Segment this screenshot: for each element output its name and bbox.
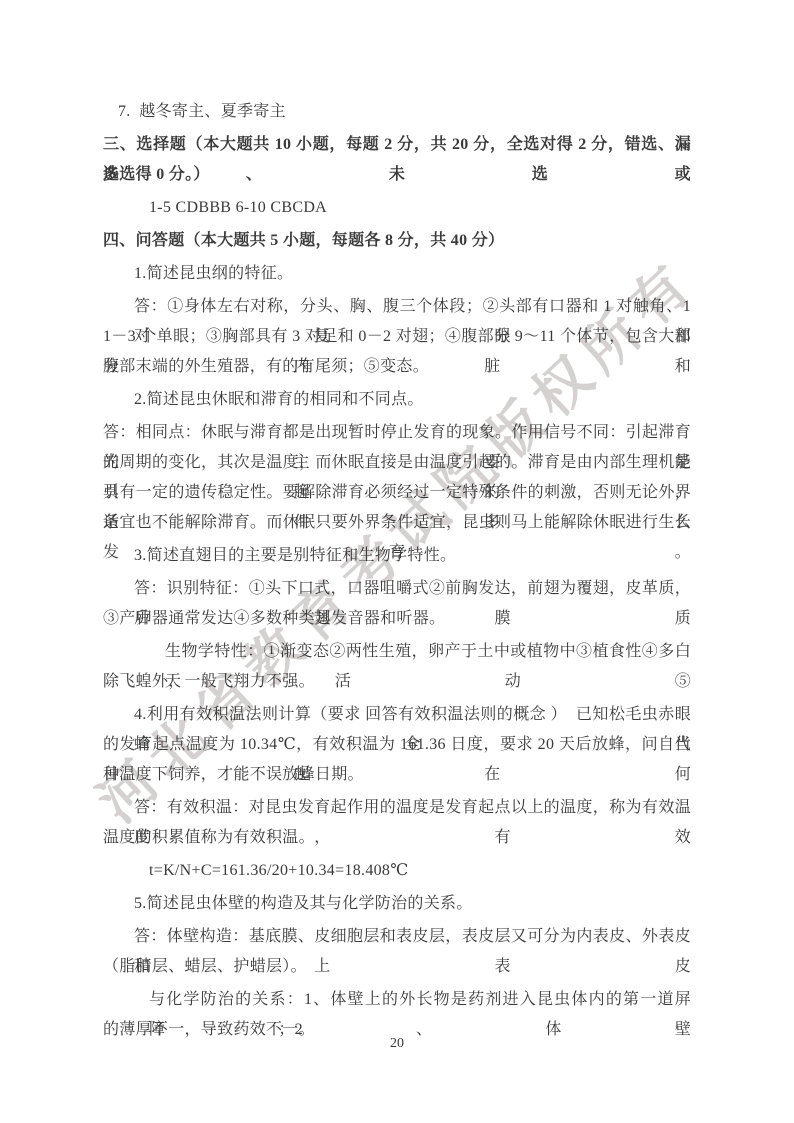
text-line: 7. 越冬寄主、夏季寄主 <box>103 97 691 127</box>
text-line: 2.简述昆虫休眠和滞育的相同和不同点。 <box>103 385 691 415</box>
text-line: 具有一定的遗传稳定性。要解除滞育必须经过一定特殊条件的刺激，否则无论外界条件多么 <box>103 478 691 508</box>
text-line: 的发育起点温度为 10.34℃，有效积温为 161.36 日度，要求 20 天后… <box>103 730 691 760</box>
paragraph: 答：相同点：休眠与滞育都是出现暂时停止发育的现象。作用信号不同：引起滞育的主要是… <box>103 418 691 538</box>
paragraph: 2.简述昆虫休眠和滞育的相同和不同点。 <box>103 385 691 415</box>
paragraph: 4.利用有效积温法则计算（要求 回答有效积温法则的概念 ） 已知松毛虫赤眼蜂全代… <box>103 700 691 790</box>
document-page: 河北省教育考试院版权所有 7. 越冬寄主、夏季寄主三、选择题（本大题共 10 小… <box>0 0 794 1123</box>
text-line: 与化学防治的关系：1、体壁上的外长物是药剂进入昆虫体内的第一道屏障；2、体壁 <box>103 985 691 1015</box>
text-line: 4.利用有效积温法则计算（要求 回答有效积温法则的概念 ） 已知松毛虫赤眼蜂全代 <box>103 700 691 730</box>
text-line: t=K/N+C=161.36/20+10.34=18.408℃ <box>103 856 691 886</box>
paragraph: 生物学特性：①渐变态②两性生殖，卵产于土中或植物中③植食性④多白天活动⑤除飞蝗外… <box>103 637 691 697</box>
text-line: 光周期的变化，其次是温度，而休眠直接是由温度引起的。滞育是由内部生理机能引起的， <box>103 448 691 478</box>
text-line: 适宜也不能解除滞育。而休眠只要外界条件适宜，昆虫则马上能解除休眠进行生长发育。 <box>103 508 691 538</box>
text-line: 1.简述昆虫纲的特征。 <box>103 259 691 289</box>
paragraph: 5.简述昆虫体壁的构造及其与化学防治的关系。 <box>103 889 691 919</box>
paragraph: 答：有效积温：对昆虫发育起作用的温度是发育起点以上的温度，称为有效温度，有效温度… <box>103 793 691 853</box>
text-line: 1－3 个单眼；③胸部具有 3 对足和 0－2 对翅；④腹部分 9～11 个体节… <box>103 322 691 352</box>
paragraph: 1-5 CDBBB 6-10 CBCDA <box>103 193 691 223</box>
text-line: 答：①身体左右对称，分头、胸、腹三个体段；②头部有口器和 1 对触角、1 对复眼… <box>103 292 691 322</box>
text-line: 答：有效积温：对昆虫发育起作用的温度是发育起点以上的温度，称为有效温度，有效 <box>103 793 691 823</box>
text-line: 生物学特性：①渐变态②两性生殖，卵产于土中或植物中③植食性④多白天活动⑤ <box>103 637 691 667</box>
paragraph: 答：体壁构造：基底膜、皮细胞层和表皮层，表皮层又可分为内表皮、外表皮和上表皮（脂… <box>103 922 691 982</box>
paragraph: 7. 越冬寄主、夏季寄主 <box>103 97 691 127</box>
text-line: 1-5 CDBBB 6-10 CBCDA <box>103 193 691 223</box>
text-line: 答：体壁构造：基底膜、皮细胞层和表皮层，表皮层又可分为内表皮、外表皮和上表皮 <box>103 922 691 952</box>
text-line: 答：相同点：休眠与滞育都是出现暂时停止发育的现象。作用信号不同：引起滞育的主要是 <box>103 418 691 448</box>
page-number: 20 <box>0 1036 794 1052</box>
paragraph: 1.简述昆虫纲的特征。 <box>103 259 691 289</box>
text-line: 三、选择题（本大题共 10 小题，每题 2 分，共 20 分，全选对得 2 分，… <box>103 130 691 160</box>
text-line: 四、问答题（本大题共 5 小题，每题各 8 分，共 40 分） <box>103 226 691 256</box>
text-line: 答：识别特征：①头下口式，口器咀嚼式②前胸发达，前翅为覆翅，皮革质，后翅膜质 <box>103 574 691 604</box>
paragraph: 三、选择题（本大题共 10 小题，每题 2 分，共 20 分，全选对得 2 分，… <box>103 130 691 190</box>
paragraph: 四、问答题（本大题共 5 小题，每题各 8 分，共 40 分） <box>103 226 691 256</box>
text-line: 5.简述昆虫体壁的构造及其与化学防治的关系。 <box>103 889 691 919</box>
document-body: 7. 越冬寄主、夏季寄主三、选择题（本大题共 10 小题，每题 2 分，共 20… <box>103 97 691 1045</box>
paragraph: 答：识别特征：①头下口式，口器咀嚼式②前胸发达，前翅为覆翅，皮革质，后翅膜质③产… <box>103 574 691 634</box>
paragraph: t=K/N+C=161.36/20+10.34=18.408℃ <box>103 856 691 886</box>
paragraph: 答：①身体左右对称，分头、胸、腹三个体段；②头部有口器和 1 对触角、1 对复眼… <box>103 292 691 382</box>
